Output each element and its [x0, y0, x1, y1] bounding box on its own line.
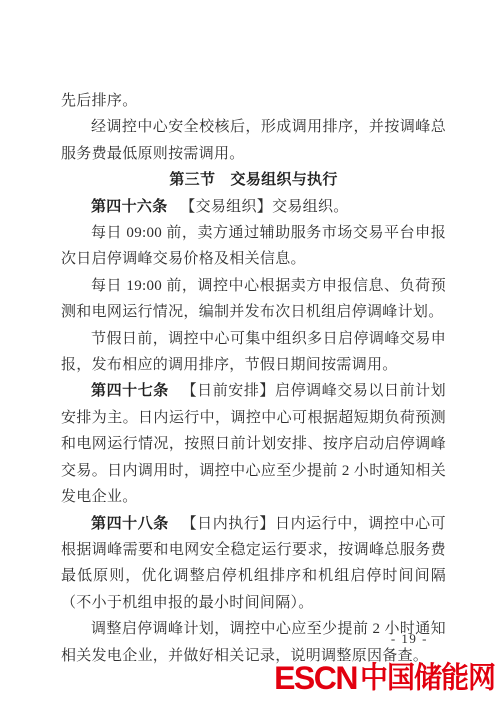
page-number: - 19 - — [391, 631, 428, 647]
paragraph: 节假日前，调控中心可集中组织多日启停调峰交易申报，发布相应的调用排序，节假日期间… — [61, 326, 446, 379]
article-text: 【日前安排】启停调峰交易以日前计划安排为主。日内运行中，调控中心可根据超短期负荷… — [61, 383, 446, 505]
paragraph-article-46: 第四十六条【交易组织】交易组织。 — [61, 194, 446, 220]
logo-text-cn: 中国储能网 — [360, 659, 495, 697]
paragraph: 经调控中心安全校核后，形成调用排序，并按调峰总服务费最低原则按需调用。 — [61, 114, 446, 167]
logo-text-en: ESCN — [274, 660, 357, 696]
paragraph-continuation: 先后排序。 — [61, 88, 446, 114]
document-body: 先后排序。 经调控中心安全校核后，形成调用排序，并按调峰总服务费最低原则按需调用… — [61, 88, 446, 669]
paragraph-article-47: 第四十七条【日前安排】启停调峰交易以日前计划安排为主。日内运行中，调控中心可根据… — [61, 378, 446, 510]
paragraph-article-48: 第四十八条【日内执行】日内运行中，调控中心可根据调峰需要和电网安全稳定运行要求，… — [61, 511, 446, 617]
document-page: 先后排序。 经调控中心安全校核后，形成调用排序，并按调峰总服务费最低原则按需调用… — [0, 0, 500, 706]
article-number: 第四十七条 — [91, 383, 169, 399]
article-text: 【交易组织】交易组织。 — [180, 199, 348, 215]
escn-logo: ESCN 中国储能网 — [274, 660, 495, 696]
paragraph: 每日 09:00 前，卖方通过辅助服务市场交易平台申报次日启停调峰交易价格及相关… — [61, 220, 446, 273]
article-number: 第四十八条 — [91, 516, 169, 532]
article-number: 第四十六条 — [91, 199, 168, 215]
paragraph: 每日 19:00 前，调控中心根据卖方申报信息、负荷预测和电网运行情况，编制并发… — [61, 273, 446, 326]
section-heading: 第三节 交易组织与执行 — [61, 167, 446, 193]
